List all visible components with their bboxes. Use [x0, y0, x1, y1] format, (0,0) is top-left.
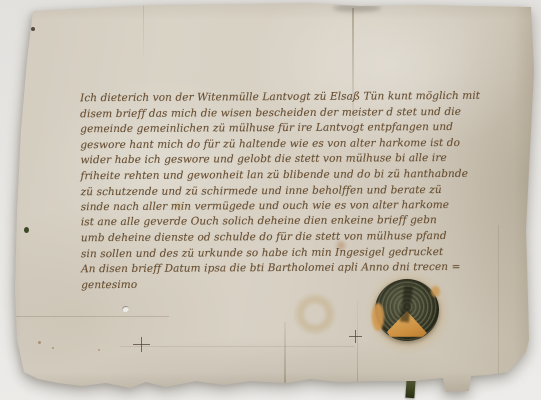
manuscript-line: gentesimo [81, 279, 137, 292]
small-hole-center-left [121, 305, 130, 313]
manuscript-line: sin sollen und des zü urkunde so habe ic… [81, 246, 443, 261]
pencil-cross-mark-2 [349, 330, 362, 343]
ghost-seal-impression [293, 293, 337, 335]
manuscript-line: ist ane alle geverde Ouch solich deheine… [81, 214, 437, 229]
manuscript-line: wider habe ich geswore und gelobt die st… [80, 152, 446, 167]
manuscript-text-block: Ich dieterich von der Witenmülle Lantvog… [80, 87, 480, 89]
wormhole-top-left [31, 27, 35, 31]
wax-seal [375, 279, 439, 341]
fold-crease-vertical-right [498, 225, 499, 375]
photo-background: Ich dieterich von der Witenmülle Lantvog… [0, 0, 541, 400]
manuscript-line: geswore hant mich do für zü haltende wie… [80, 137, 460, 152]
parchment: Ich dieterich von der Witenmülle Lantvog… [0, 0, 541, 400]
manuscript-line: sinde nach aller min vermügede und ouch … [81, 199, 449, 214]
fold-crease-vertical-left [143, 5, 144, 63]
manuscript-line: disem brieff das mich die wisen bescheid… [80, 106, 461, 121]
foxing-dot-3 [98, 349, 100, 351]
parchment-shadow-wrap: Ich dieterich von der Witenmülle Lantvog… [0, 0, 541, 400]
manuscript-line: Ich dieterich von der Witenmülle Lantvog… [80, 90, 480, 105]
fold-crease-horizontal-1 [14, 316, 169, 317]
manuscript-line: umb deheine dienste od schulde do für di… [81, 230, 447, 245]
fold-crease-horizontal-2 [120, 346, 355, 347]
manuscript-line: friheite rehten und gewonheit lan zü bli… [80, 168, 468, 183]
foxing-dot-1 [38, 341, 41, 344]
fold-crease-vertical-bottom-1 [284, 322, 286, 384]
foxing-dot-2 [52, 347, 54, 349]
manuscript-line: gemeinde gemeinlichen zü mülhuse für ire… [80, 121, 453, 136]
pencil-cross-mark-1 [133, 337, 150, 352]
seal-orange-wax-rim-top [431, 286, 440, 297]
manuscript-line: zü schutzende und zü schirmede und inne … [81, 184, 442, 199]
seal-orange-wax-rim-left [372, 303, 384, 331]
green-ink-spot-left [24, 227, 29, 233]
top-edge-smudge [333, 4, 381, 12]
